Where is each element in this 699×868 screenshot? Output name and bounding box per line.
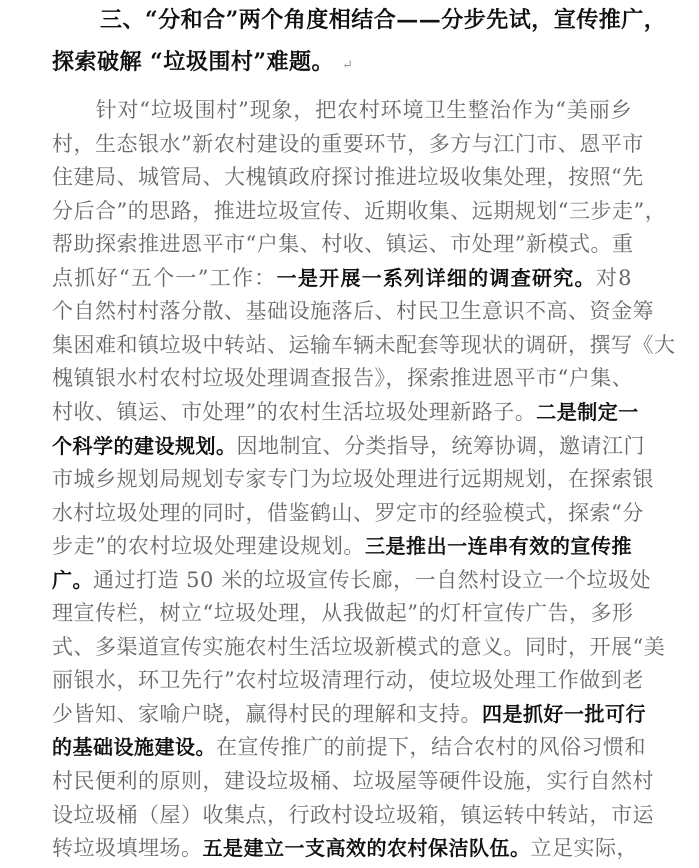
body-text: 集困难和镇垃圾中转站、运输车辆未配套等现状的调研，撰写《大 xyxy=(52,333,676,357)
body-line: 个科学的建设规划。因地制宜、分类指导，统筹协调，邀请江门 xyxy=(52,429,632,463)
body-text: 槐镇银水村农村垃圾处理调查报告》，探索推进恩平市“户集、 xyxy=(52,366,633,390)
section-heading-line-1: 三、“分和合”两个角度相结合——分步先试，宣传推广， xyxy=(100,3,632,37)
body-text: 帮助探索推进恩平市“户集、村收、镇运、市处理”新模式。重 xyxy=(52,232,633,256)
body-line: 集困难和镇垃圾中转站、运输车辆未配套等现状的调研，撰写《大 xyxy=(52,328,632,362)
bold-key-point: 四是抓好一批可行 xyxy=(482,702,646,726)
section-heading-text-1: 三、“分和合”两个角度相结合——分步先试，宣传推广， xyxy=(100,7,666,33)
paragraph-mark-icon: ↵ xyxy=(342,58,353,73)
body-line: 点抓好“五个一”工作：一是开展一系列详细的调查研究。对8 xyxy=(52,261,632,295)
body-text: 个自然村村落分散、基础设施落后、村民卫生意识不高、资金筹 xyxy=(52,299,654,323)
body-text: 市城乡规划局规划专家专门为垃圾处理进行远期规划，在探索银 xyxy=(52,467,654,491)
body-text: 立足实际， xyxy=(531,836,639,860)
body-line: 针对“垃圾围村”现象，把农村环境卫生整治作为“美丽乡 xyxy=(52,93,632,127)
body-text: 步走”的农村垃圾处理建设规划。 xyxy=(52,534,365,558)
body-line: 广。通过打造 50 米的垃圾宣传长廊，一自然村设立一个垃圾处 xyxy=(52,563,632,597)
body-text: 设垃圾桶（屋）收集点，行政村设垃圾箱，镇运转中转站，市运 xyxy=(52,803,654,827)
body-line: 分后合”的思路，推进垃圾宣传、近期收集、远期规划“三步走”， xyxy=(52,194,632,228)
body-line: 式、多渠道宣传实施农村生活垃圾新模式的意义。同时，开展“美 xyxy=(52,630,632,664)
body-text: 点抓好“五个一”工作： xyxy=(52,266,277,290)
bold-key-point: 个科学的建设规划。 xyxy=(52,434,237,458)
body-line: 住建局、城管局、大槐镇政府探讨推进垃圾收集处理，按照“先 xyxy=(52,160,632,194)
body-line: 槐镇银水村农村垃圾处理调查报告》，探索推进恩平市“户集、 xyxy=(52,361,632,395)
bold-key-point: 的基础设施建设。 xyxy=(52,735,216,759)
body-line: 丽银水，环卫先行”农村垃圾清理行动，使垃圾处理工作做到老 xyxy=(52,663,632,697)
body-line: 的基础设施建设。在宣传推广的前提下，结合农村的风俗习惯和 xyxy=(52,730,632,764)
body-line: 市城乡规划局规划专家专门为垃圾处理进行远期规划，在探索银 xyxy=(52,462,632,496)
bold-key-point: 一是开展一系列详细的调查研究。 xyxy=(277,266,596,290)
body-text: 水村垃圾处理的同时，借鉴鹤山、罗定市的经验模式，探索“分 xyxy=(52,501,644,525)
body-line: 少皆知、家喻户晓，赢得村民的理解和支持。四是抓好一批可行 xyxy=(52,697,632,731)
body-line: 步走”的农村垃圾处理建设规划。三是推出一连串有效的宣传推 xyxy=(52,529,632,563)
body-line: 村民便利的原则，建设垃圾桶、垃圾屋等硬件设施，实行自然村 xyxy=(52,764,632,798)
body-text: 式、多渠道宣传实施农村生活垃圾新模式的意义。同时，开展“美 xyxy=(52,635,665,659)
body-text: 因地制宜、分类指导，统筹协调，邀请江门 xyxy=(237,434,646,458)
body-text: 少皆知、家喻户晓，赢得村民的理解和支持。 xyxy=(52,702,482,726)
body-line: 水村垃圾处理的同时，借鉴鹤山、罗定市的经验模式，探索“分 xyxy=(52,496,632,530)
body-line: 村收、镇运、市处理”的农村生活垃圾处理新路子。二是制定一 xyxy=(52,395,632,429)
body-line: 个自然村村落分散、基础设施落后、村民卫生意识不高、资金筹 xyxy=(52,294,632,328)
bold-key-point: 三是推出一连串有效的宣传推 xyxy=(365,534,632,558)
body-text: 丽银水，环卫先行”农村垃圾清理行动，使垃圾处理工作做到老 xyxy=(52,668,644,692)
document-page: 三、“分和合”两个角度相结合——分步先试，宣传推广， 探索破解 “垃圾围村”难题… xyxy=(0,0,699,868)
section-heading-line-2: 探索破解 “垃圾围村”难题。 ↵ xyxy=(52,45,632,79)
body-text: 针对“垃圾围村”现象，把农村环境卫生整治作为“美丽乡 xyxy=(52,98,632,122)
body-line: 转垃圾填埋场。五是建立一支高效的农村保洁队伍。立足实际， xyxy=(52,831,632,865)
body-text: 村民便利的原则，建设垃圾桶、垃圾屋等硬件设施，实行自然村 xyxy=(52,769,654,793)
body-text: 分后合”的思路，推进垃圾宣传、近期收集、远期规划“三步走”， xyxy=(52,199,666,223)
bold-key-point: 五是建立一支高效的农村保洁队伍。 xyxy=(203,836,531,860)
bold-key-point: 广。 xyxy=(52,568,93,592)
section-heading-text-2: 探索破解 “垃圾围村”难题。 xyxy=(52,49,334,75)
body-line: 村，生态银水”新农村建设的重要环节，多方与江门市、恩平市 xyxy=(52,127,632,161)
body-line: 设垃圾桶（屋）收集点，行政村设垃圾箱，镇运转中转站，市运 xyxy=(52,798,632,832)
body-text: 理宣传栏，树立“垃圾处理，从我做起”的灯杆宣传广告，多形 xyxy=(52,601,633,625)
bold-key-point: 二是制定一 xyxy=(536,400,639,424)
body-text: 村收、镇运、市处理”的农村生活垃圾处理新路子。 xyxy=(52,400,536,424)
body-line: 帮助探索推进恩平市“户集、村收、镇运、市处理”新模式。重 xyxy=(52,227,632,261)
body-text: 通过打造 50 米的垃圾宣传长廊，一自然村设立一个垃圾处 xyxy=(93,568,651,592)
body-text: 对8 xyxy=(596,266,632,290)
body-line: 理宣传栏，树立“垃圾处理，从我做起”的灯杆宣传广告，多形 xyxy=(52,596,632,630)
body-text: 在宣传推广的前提下，结合农村的风俗习惯和 xyxy=(216,735,646,759)
body-text: 村，生态银水”新农村建设的重要环节，多方与江门市、恩平市 xyxy=(52,132,644,156)
body-text: 转垃圾填埋场。 xyxy=(52,836,203,860)
body-text: 住建局、城管局、大槐镇政府探讨推进垃圾收集处理，按照“先 xyxy=(52,165,644,189)
